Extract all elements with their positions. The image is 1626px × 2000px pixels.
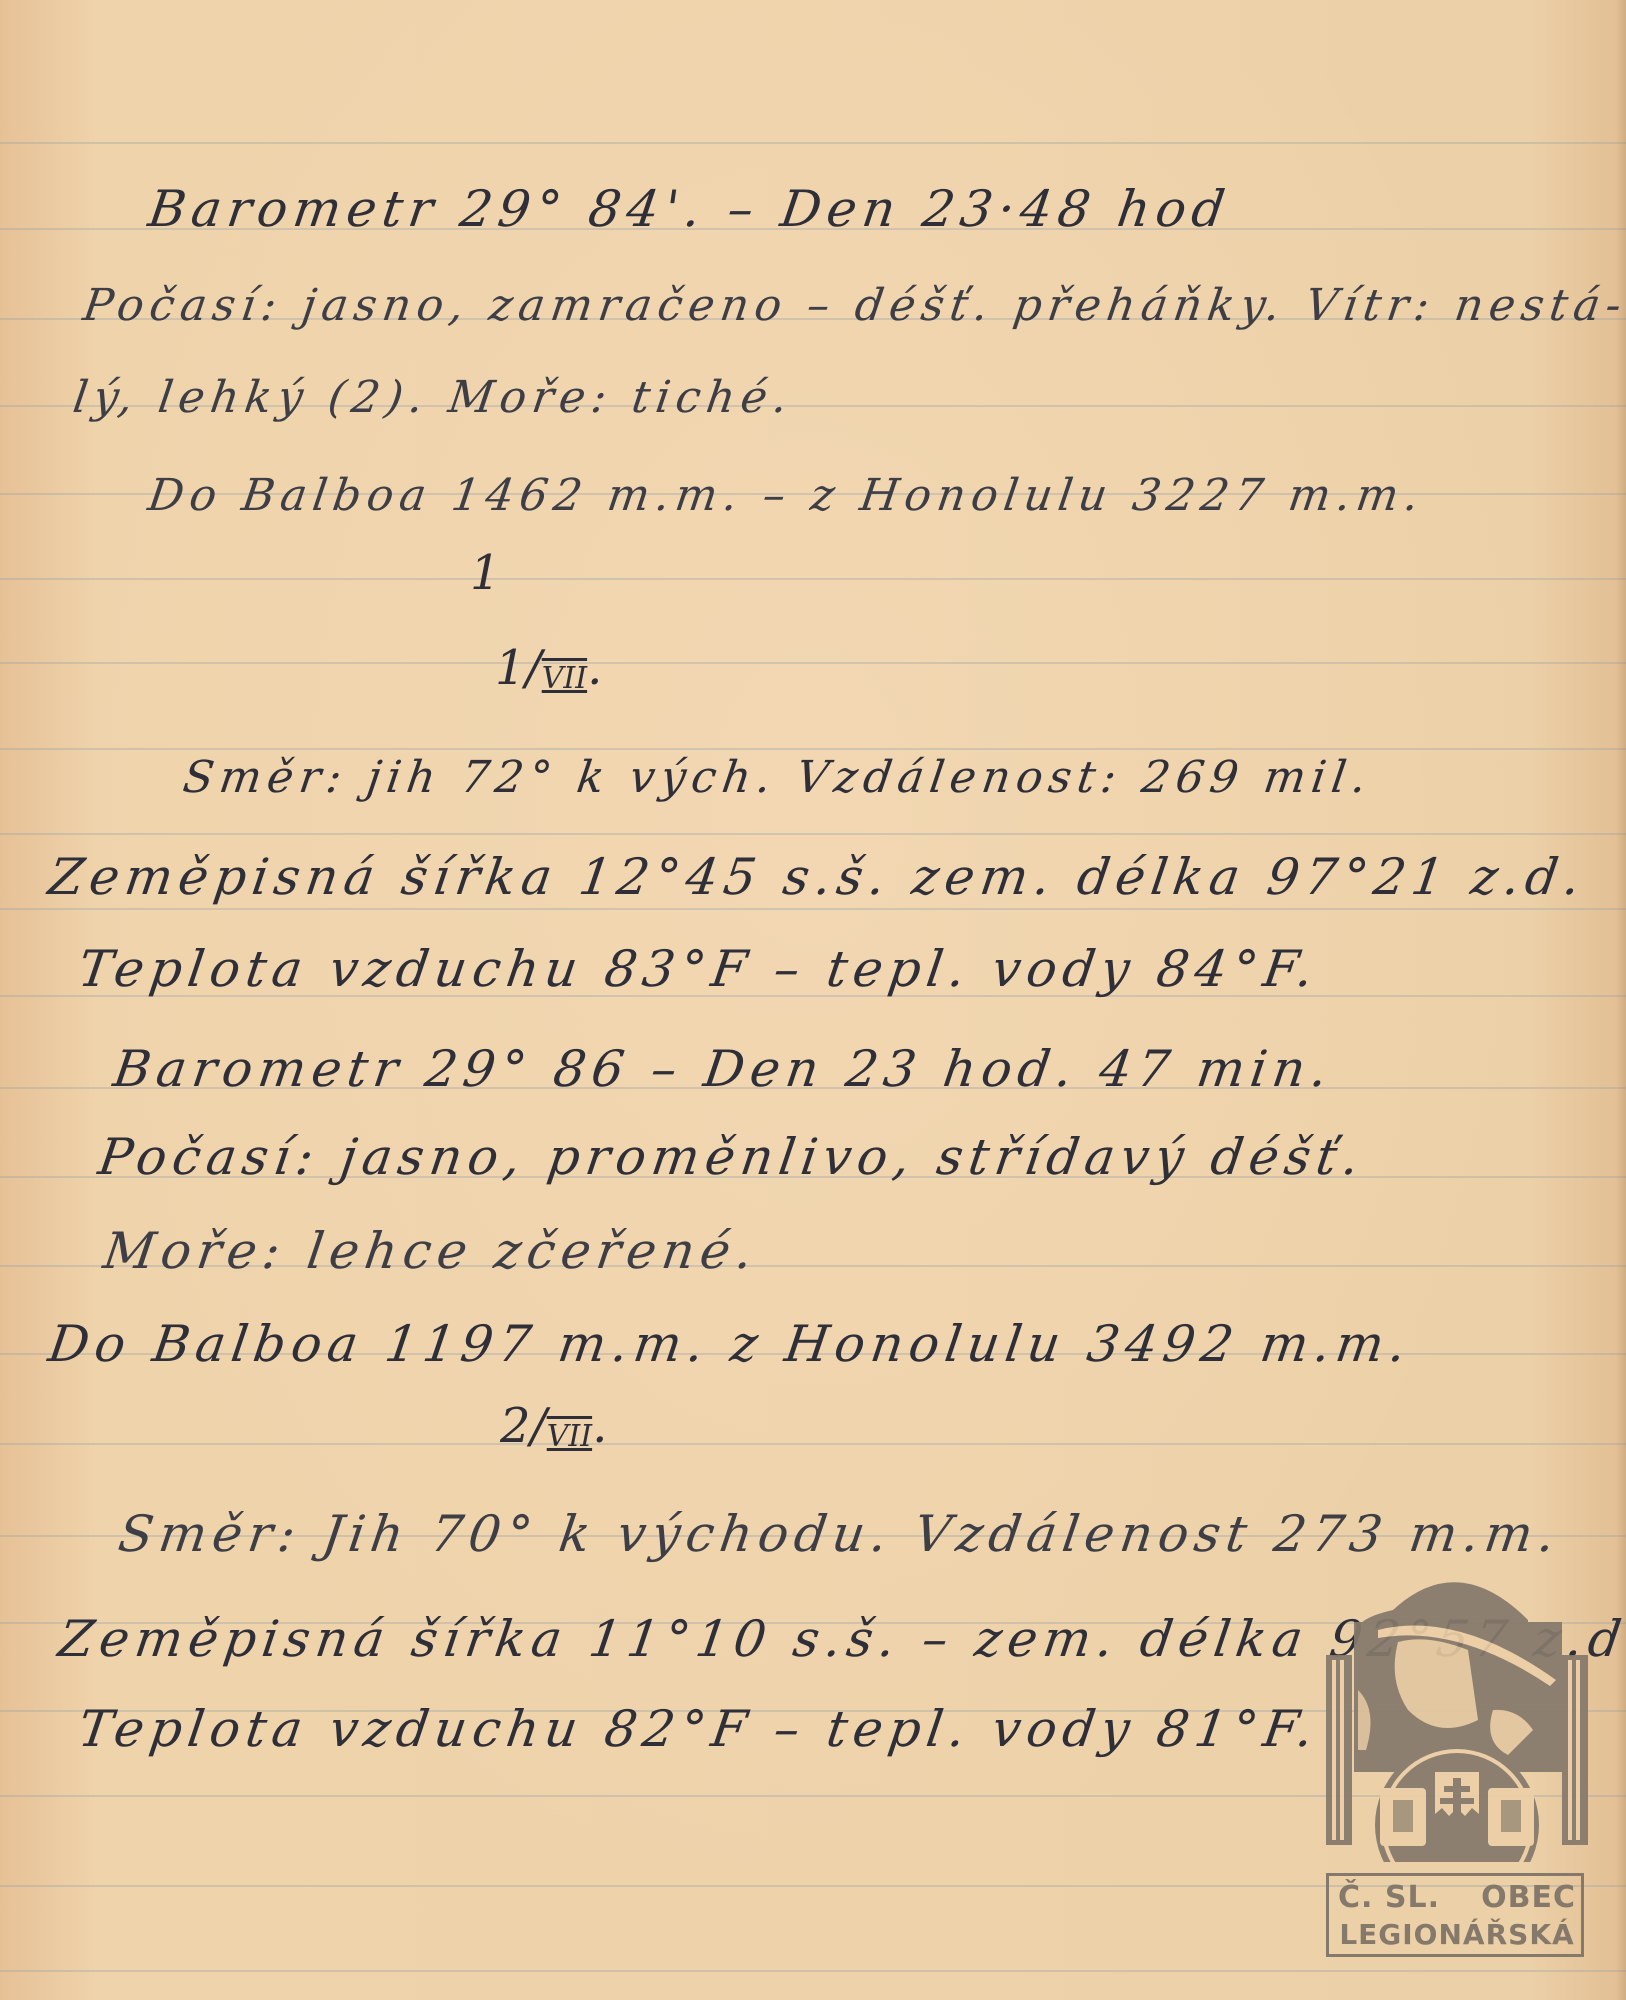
watermark-line2: LEGIONÁŘSKÁ [1328,1918,1586,1951]
ruled-line [0,662,1626,664]
ruled-line [0,748,1626,750]
date-marker: 2/VII. [500,1398,607,1454]
date-marker: 1/VII. [495,640,602,696]
handwritten-line: lý, lehký (2). Moře: tiché. [70,372,797,423]
ruled-line [0,578,1626,580]
handwritten-line: Teplota vzduchu 82°F – tepl. vody 81°F. [75,1700,1323,1758]
ruled-line [0,908,1626,910]
date-day: 2 [500,1398,531,1454]
handwritten-line: Směr: Jih 70° k východu. Vzdálenost 273 … [115,1505,1564,1563]
handwritten-line: Zeměpisná šířka 12°45 s.š. zem. délka 97… [45,848,1590,906]
date-day: 1 [495,640,526,696]
ruled-line [0,1443,1626,1445]
stray-numeral: 1 [470,545,501,601]
date-month: VII [547,1419,592,1454]
legionnaire-emblem-icon [1318,1560,1596,1862]
ruled-line [0,1970,1626,1972]
date-month: VII [542,661,587,696]
handwritten-line: Barometr 29° 84'. – Den 23·48 hod [145,180,1234,238]
handwritten-line: Teplota vzduchu 83°F – tepl. vody 84°F. [75,940,1323,998]
handwritten-line: Počasí: jasno, proměnlivo, střídavý déšť… [95,1128,1369,1186]
watermark-line1: Č. SL. OBEC [1328,1880,1586,1915]
handwritten-line: Počasí: jasno, zamračeno – déšť. přeháňk… [80,280,1626,331]
handwritten-line: Do Balboa 1197 m.m. z Honolulu 3492 m.m. [45,1315,1416,1373]
handwritten-line: Moře: lehce zčeřené. [100,1222,762,1280]
watermark-line1-left: Č. SL. [1338,1880,1440,1915]
watermark-line1-right: OBEC [1481,1880,1576,1915]
handwritten-line: Směr: jih 72° k vých. Vzdálenost: 269 mi… [180,752,1375,803]
handwritten-line: Barometr 29° 86 – Den 23 hod. 47 min. [110,1040,1337,1098]
handwritten-line: Do Balboa 1462 m.m. – z Honolulu 3227 m.… [145,470,1428,521]
ruled-line [0,142,1626,144]
ruled-line [0,833,1626,835]
